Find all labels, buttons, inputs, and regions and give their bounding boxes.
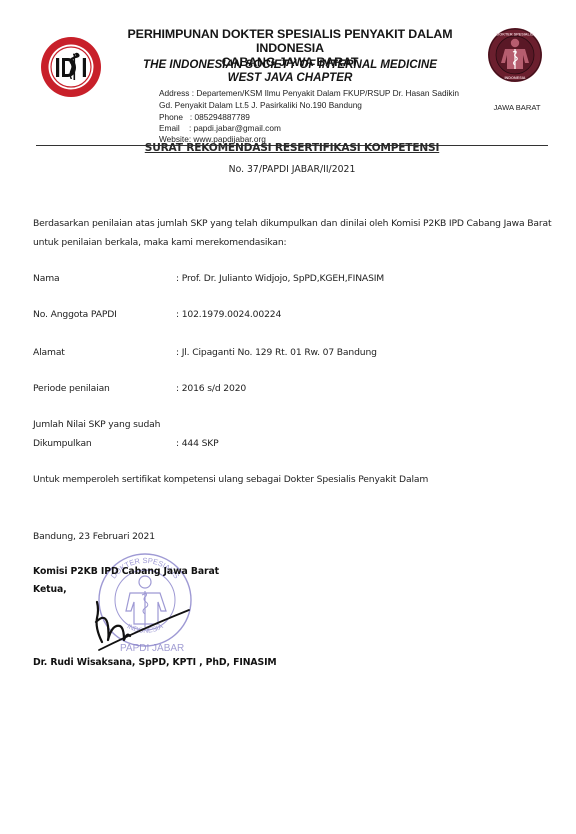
field-value-period: : 2016 s/d 2020 <box>176 383 246 394</box>
field-value-skp-total: : 444 SKP <box>176 438 219 449</box>
document-title: SURAT REKOMENDASI RESERTIFIKASI KOMPETEN… <box>36 142 548 154</box>
address-line1: Address : Departemen/KSM Ilmu Penyakit D… <box>159 88 459 98</box>
document-number: No. 37/PAPDI JABAR/II/2021 <box>36 164 548 175</box>
organization-name-line1: PERHIMPUNAN DOKTER SPESIALIS PENYAKIT DA… <box>100 27 480 55</box>
organization-name-english-line2: WEST JAVA CHAPTER <box>100 71 480 84</box>
field-label-member-number: No. Anggota PAPDI <box>33 309 117 320</box>
committee-role: Ketua, <box>33 584 67 595</box>
intro-line1: Berdasarkan penilaian atas jumlah SKP ya… <box>33 218 551 229</box>
organization-name-english: THE INDONESIAN SOCIETY OF INTERNAL MEDIC… <box>100 58 480 84</box>
svg-text:INDONESIA: INDONESIA <box>504 76 525 80</box>
emblem-caption: JAWA BARAT <box>478 103 556 112</box>
field-value-member-number: : 102.1979.0024.00224 <box>176 309 281 320</box>
closing-statement: Untuk memperoleh sertifikat kompetensi u… <box>33 474 428 485</box>
field-label-skp-total-line2: Dikumpulkan <box>33 438 92 449</box>
field-label-address: Alamat <box>33 347 65 358</box>
address-line2: Gd. Penyakit Dalam Lt.5 J. Pasirkaliki N… <box>159 100 362 110</box>
svg-text:DOKTER SPESIALIS: DOKTER SPESIALIS <box>497 33 534 37</box>
field-value-name: : Prof. Dr. Julianto Widjojo, SpPD,KGEH,… <box>176 273 384 284</box>
email-line: Email : papdi.jabar@gmail.com <box>159 123 281 133</box>
place-and-date: Bandung, 23 Februari 2021 <box>33 531 155 542</box>
field-value-address: : Jl. Cipaganti No. 129 Rt. 01 Rw. 07 Ba… <box>176 347 377 358</box>
field-label-name: Nama <box>33 273 59 284</box>
committee-name: Komisi P2KB IPD Cabang Jawa Barat <box>33 566 219 577</box>
signatory-name: Dr. Rudi Wisaksana, SpPD, KPTI , PhD, FI… <box>33 657 277 668</box>
handwritten-signature-icon <box>93 600 193 655</box>
field-label-skp-total: Jumlah Nilai SKP yang sudah <box>33 419 160 430</box>
papdi-emblem-icon: DOKTER SPESIALIS INDONESIA <box>487 27 543 83</box>
ipd-logo-icon <box>38 34 104 100</box>
field-label-period: Periode penilaian <box>33 383 110 394</box>
organization-name-english-line1: THE INDONESIAN SOCIETY OF INTERNAL MEDIC… <box>100 58 480 71</box>
intro-line2: untuk penilaian berkala, maka kami merek… <box>33 237 286 248</box>
phone-line: Phone : 085294887789 <box>159 112 250 122</box>
